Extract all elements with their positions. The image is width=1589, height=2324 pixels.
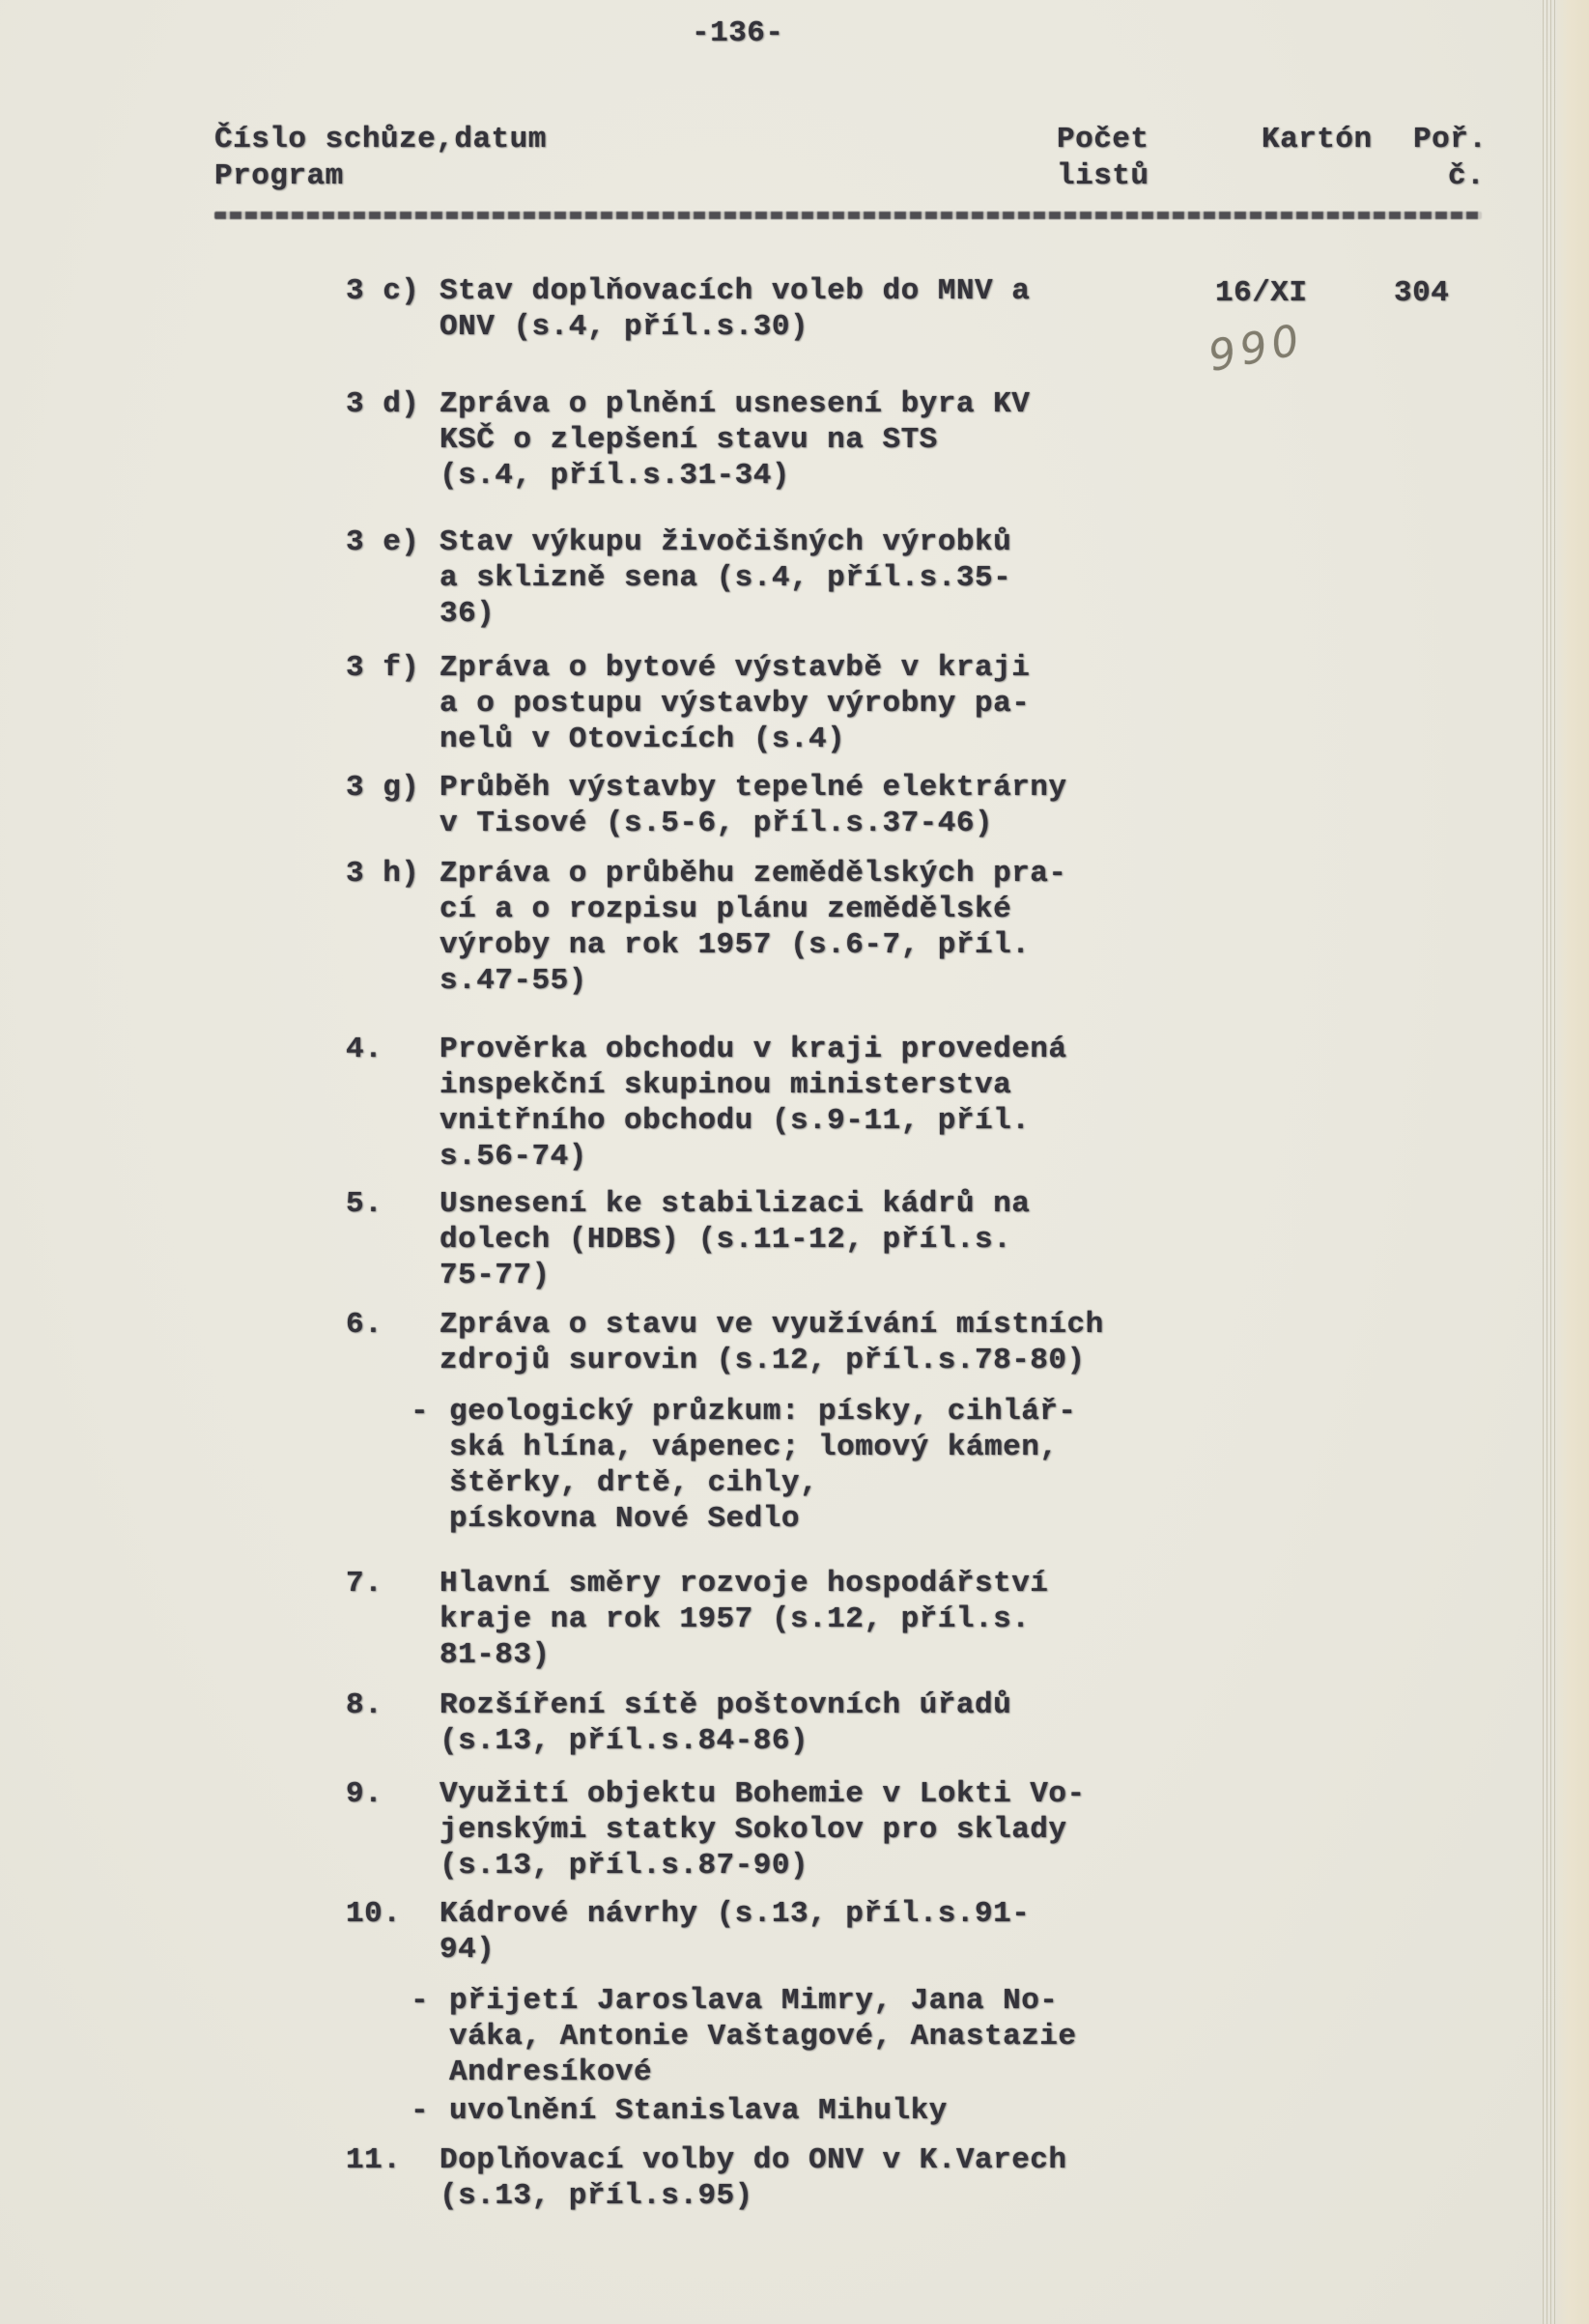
dashed-separator (214, 212, 1482, 219)
header-listu: listů (1057, 158, 1149, 195)
bullet-dash: - (411, 1394, 449, 1537)
entry-4: 4. Prověrka obchodu v kraji provedená in… (346, 1032, 1544, 1175)
agenda-list: 3 c) Stav doplňovacích voleb do MNV a ON… (346, 273, 1544, 2214)
entry-label: 7. (346, 1566, 440, 1673)
entry-line: cí a o rozpisu plánu zemědělské (440, 892, 1544, 927)
entry-11: 11. Doplňovací volby do ONV v K.Varech (… (346, 2142, 1544, 2214)
entry-6: 6. Zpráva o stavu ve využívání místních … (346, 1307, 1544, 1537)
entry-7: 7. Hlavní směry rozvoje hospodářství kra… (346, 1566, 1544, 1673)
entry-line: Andresíkové (449, 2055, 1544, 2090)
entry-line: Usnesení ke stabilizaci kádrů na (440, 1186, 1544, 1222)
header-cislo-schuze-datum: Číslo schůze,datum (214, 122, 547, 158)
entry-line: ská hlína, vápenec; lomový kámen, (449, 1430, 1544, 1465)
entry-10: 10. Kádrové návrhy (s.13, příl.s.91- 94)… (346, 1896, 1544, 2129)
entry-line: Průběh výstavby tepelné elektrárny (440, 770, 1544, 806)
entry-label: 3 f) (346, 650, 440, 757)
entry-label: 3 e) (346, 524, 440, 632)
entry-line: štěrky, drtě, cihly, (449, 1465, 1544, 1501)
entry-sub-item: - geologický průzkum: písky, cihlář- ská… (411, 1394, 1544, 1537)
entry-3e: 3 e) Stav výkupu živočišných výrobků a s… (346, 524, 1544, 632)
entry-sub-item: - přijetí Jaroslava Mimry, Jana No- váka… (411, 1983, 1544, 2090)
entry-line: (s.13, příl.s.87-90) (440, 1848, 1544, 1884)
entry-line: Doplňovací volby do ONV v K.Varech (440, 2142, 1544, 2178)
entry-label: 5. (346, 1186, 440, 1293)
header-col-karton: Kartón (1262, 122, 1373, 158)
entry-line: Rozšíření sítě poštovních úřadů (440, 1687, 1544, 1723)
entry-3d: 3 d) Zpráva o plnění usnesení byra KV KS… (346, 386, 1544, 494)
entry-line: inspekční skupinou ministerstva (440, 1067, 1544, 1103)
entry-line: přijetí Jaroslava Mimry, Jana No- (449, 1983, 1544, 2019)
entry-line: Zpráva o bytové výstavbě v kraji (440, 650, 1544, 686)
entry-line: a o postupu výstavby výrobny pa- (440, 686, 1544, 722)
header-col-schuze-program: Číslo schůze,datum Program (214, 122, 547, 195)
page-number: -136- (692, 15, 784, 51)
entry-label: 3 g) (346, 770, 440, 841)
entry-line: výroby na rok 1957 (s.6-7, příl. (440, 927, 1544, 963)
entry-line: zdrojů surovin (s.12, příl.s.78-80) (440, 1343, 1544, 1378)
entry-line: s.56-74) (440, 1139, 1544, 1175)
header-karton: Kartón (1262, 122, 1373, 158)
entry-line: KSČ o zlepšení stavu na STS (440, 422, 1544, 458)
header-c: č. (1448, 158, 1487, 195)
entry-line: kraje na rok 1957 (s.12, příl.s. (440, 1601, 1544, 1637)
entry-line: (s.13, příl.s.95) (440, 2178, 1544, 2214)
entry-line: 94) (440, 1932, 1544, 1968)
entry-5: 5. Usnesení ke stabilizaci kádrů na dole… (346, 1186, 1544, 1293)
entry-line: Hlavní směry rozvoje hospodářství (440, 1566, 1544, 1601)
page-edge-shadow (1556, 0, 1589, 2324)
entry-line: s.47-55) (440, 963, 1544, 999)
entry-line: váka, Antonie Vaštagové, Anastazie (449, 2019, 1544, 2055)
bullet-dash: - (411, 1983, 449, 2090)
scanned-document-page: -136- Číslo schůze,datum Program Počet l… (0, 0, 1589, 2324)
karton-value: 16/XI (1215, 275, 1308, 311)
header-program: Program (214, 158, 547, 195)
entry-label: 3 c) (346, 273, 440, 345)
entry-line: uvolnění Stanislava Mihulky (449, 2093, 1544, 2129)
entry-line: pískovna Nové Sedlo (449, 1501, 1544, 1537)
entry-line: Prověrka obchodu v kraji provedená (440, 1032, 1544, 1067)
entry-3c: 3 c) Stav doplňovacích voleb do MNV a ON… (346, 273, 1544, 345)
entry-line: 81-83) (440, 1637, 1544, 1673)
header-pocet: Počet (1057, 122, 1149, 158)
entry-line: v Tisové (s.5-6, příl.s.37-46) (440, 806, 1544, 841)
entry-label: 8. (346, 1687, 440, 1759)
entry-line: nelů v Otovicích (s.4) (440, 722, 1544, 757)
header-por: Poř. (1413, 122, 1487, 158)
entry-line: ONV (s.4, příl.s.30) (440, 309, 1544, 345)
entry-line: Kádrové návrhy (s.13, příl.s.91- (440, 1896, 1544, 1932)
entry-sub-item: - uvolnění Stanislava Mihulky (411, 2093, 1544, 2129)
entry-line: vnitřního obchodu (s.9-11, příl. (440, 1103, 1544, 1139)
bullet-dash: - (411, 2093, 449, 2129)
entry-line: Stav doplňovacích voleb do MNV a (440, 273, 1544, 309)
entry-line: Využití objektu Bohemie v Lokti Vo- (440, 1776, 1544, 1812)
entry-label: 11. (346, 2142, 440, 2214)
entry-line: (s.13, příl.s.84-86) (440, 1723, 1544, 1759)
entry-8: 8. Rozšíření sítě poštovních úřadů (s.13… (346, 1687, 1544, 1759)
entry-line: Zpráva o průběhu zemědělských pra- (440, 856, 1544, 892)
header-col-poradove-cislo: Poř. č. (1413, 122, 1487, 195)
entry-line: Zpráva o plnění usnesení byra KV (440, 386, 1544, 422)
entry-line: Zpráva o stavu ve využívání místních (440, 1307, 1544, 1343)
entry-line: Stav výkupu živočišných výrobků (440, 524, 1544, 560)
entry-line: geologický průzkum: písky, cihlář- (449, 1394, 1544, 1430)
entry-3f: 3 f) Zpráva o bytové výstavbě v kraji a … (346, 650, 1544, 757)
entry-line: (s.4, příl.s.31-34) (440, 458, 1544, 494)
entry-line: 36) (440, 596, 1544, 632)
entry-label: 4. (346, 1032, 440, 1175)
entry-3h: 3 h) Zpráva o průběhu zemědělských pra- … (346, 856, 1544, 999)
entry-line: jenskými statky Sokolov pro sklady (440, 1812, 1544, 1848)
entry-label: 9. (346, 1776, 440, 1884)
header-col-pocet-listu: Počet listů (1057, 122, 1149, 195)
entry-9: 9. Využití objektu Bohemie v Lokti Vo- j… (346, 1776, 1544, 1884)
entry-3g: 3 g) Průběh výstavby tepelné elektrárny … (346, 770, 1544, 841)
poradove-cislo-value: 304 (1394, 275, 1449, 311)
entry-line: a sklizně sena (s.4, příl.s.35- (440, 560, 1544, 596)
entry-label: 3 d) (346, 386, 440, 494)
entry-line: dolech (HDBS) (s.11-12, příl.s. (440, 1222, 1544, 1258)
entry-label: 3 h) (346, 856, 440, 999)
entry-line: 75-77) (440, 1258, 1544, 1293)
